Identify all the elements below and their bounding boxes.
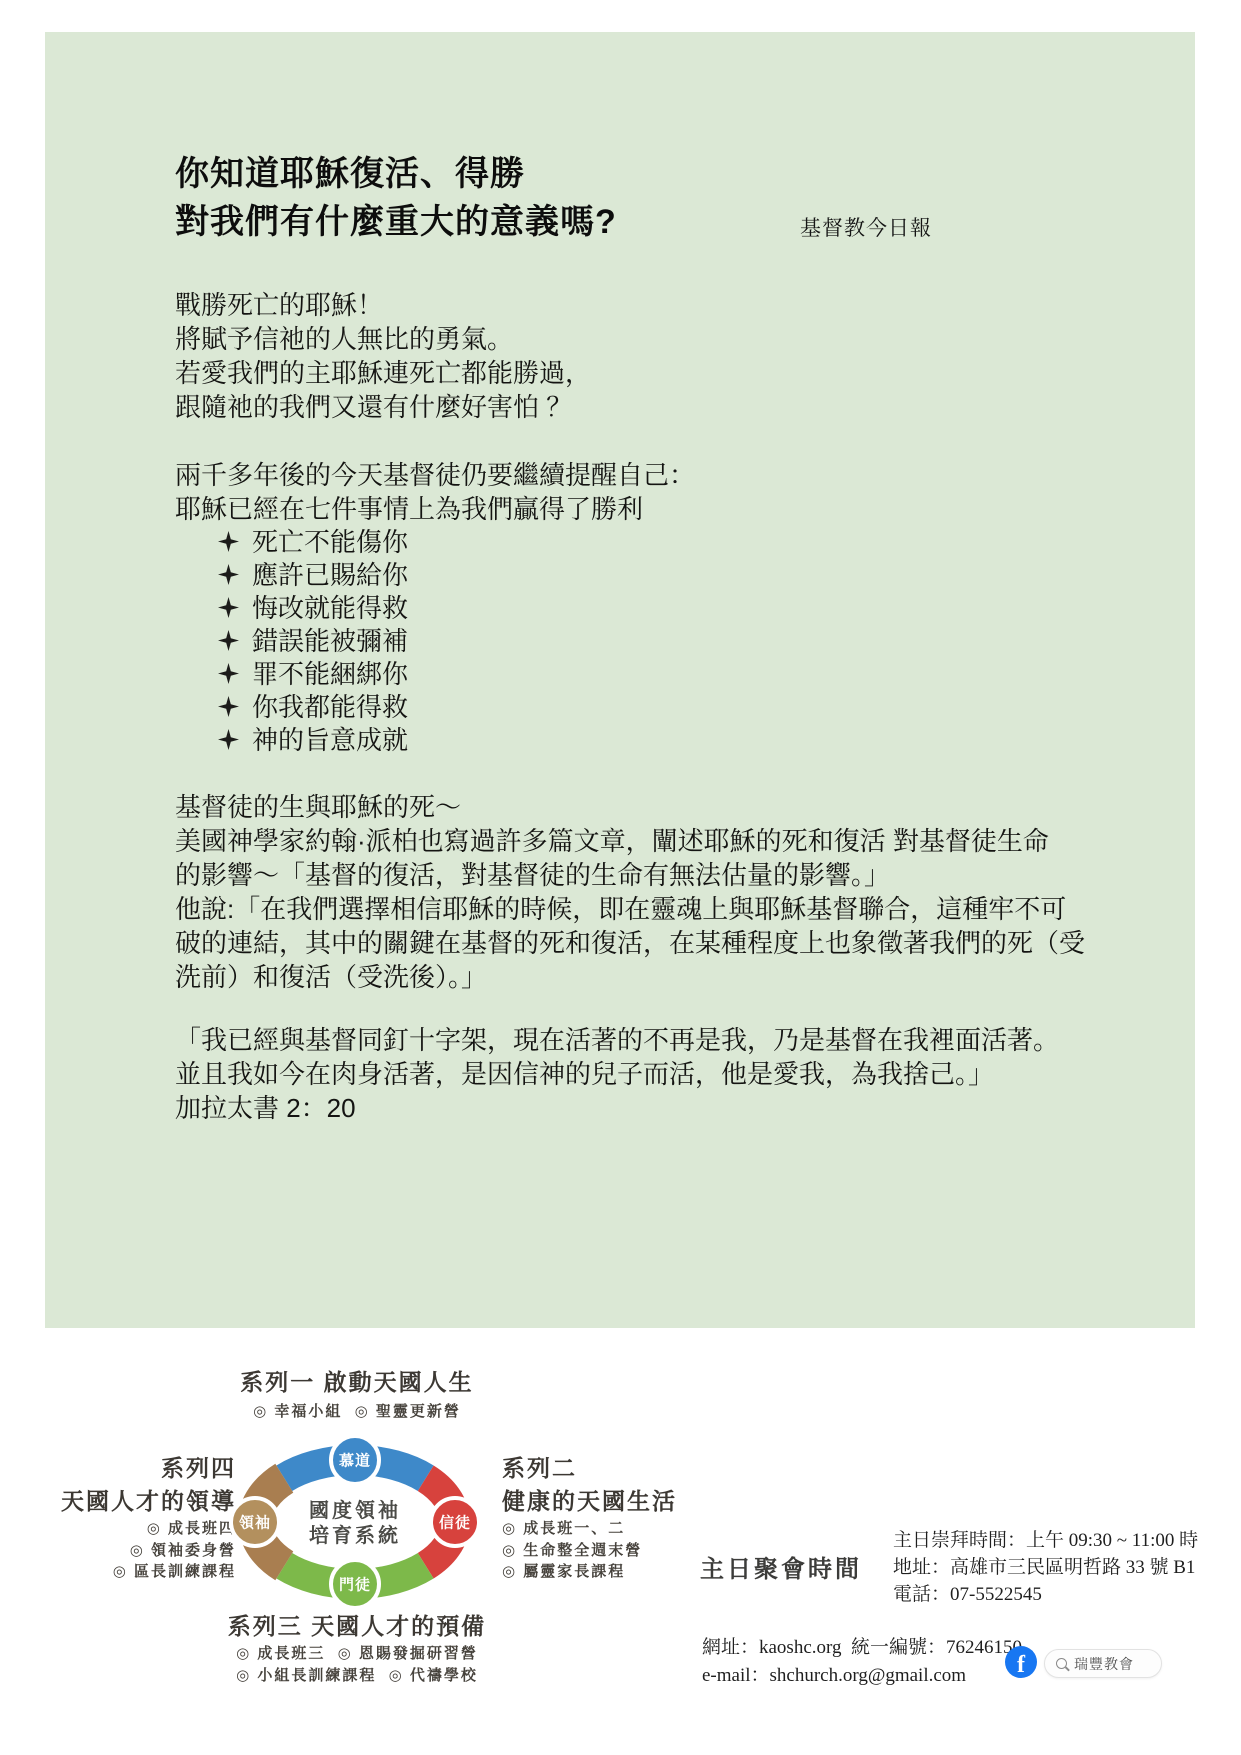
series4-block: 系列四 天國人才的領導 ◎ 成長班四 ◎ 領袖委身營 ◎ 區長訓練課程 <box>10 1452 236 1583</box>
series2-title-line1: 系列二 <box>502 1452 762 1485</box>
cycle-ring: 慕道 信徒 門徒 領袖 國度領袖 培育系統 <box>213 1437 501 1609</box>
list-item: 神的旨意成就 <box>218 724 1155 757</box>
list-item-label: 神的旨意成就 <box>252 725 408 755</box>
series4-item: ◎ 成長班四 <box>10 1518 236 1540</box>
address: 地址：高雄市三民區明哲路 33 號 B1 <box>893 1554 1198 1581</box>
star-bullet-icon <box>218 531 239 552</box>
paragraph-victory-intro: 戰勝死亡的耶穌！ 將賦予信祂的人無比的勇氣。 若愛我們的主耶穌連死亡都能勝過， … <box>175 288 1155 424</box>
diagram-center-line1: 國度領袖 <box>309 1498 401 1522</box>
node-disciple-label: 門徒 <box>339 1576 371 1594</box>
list-item-label: 罪不能綑綁你 <box>252 659 408 689</box>
node-believer-label: 信徒 <box>439 1514 471 1532</box>
node-seeker-label: 慕道 <box>339 1452 371 1470</box>
paragraph-piper-quote: 基督徒的生與耶穌的死～ 美國神學家約翰·派柏也寫過許多篇文章，闡述耶穌的死和復活… <box>175 790 1155 994</box>
star-bullet-icon <box>218 696 239 717</box>
text-line: 跟隨祂的我們又還有什麼好害怕 ？ <box>175 390 1155 424</box>
title-line-2: 對我們有什麼重大的意義嗎? <box>175 198 1155 246</box>
email-line: e-mail：shchurch.org@gmail.com <box>702 1662 1022 1690</box>
list-item: 罪不能綑綁你 <box>218 658 1155 691</box>
training-cycle-diagram: 慕道 信徒 門徒 領袖 國度領袖 培育系統 <box>213 1437 501 1609</box>
star-bullet-icon <box>218 630 239 651</box>
facebook-search-badge: 瑞豐教會 <box>1044 1649 1162 1678</box>
text-line: 將賦予信祂的人無比的勇氣。 <box>175 322 1155 356</box>
facebook-icon: f <box>1005 1646 1037 1678</box>
worship-time: 主日崇拜時間：上午 09:30 ~ 11:00 時 <box>893 1527 1198 1554</box>
facebook-page-name: 瑞豐教會 <box>1074 1654 1134 1674</box>
text-line: 的影響～「基督的復活，對基督徒的生命有無法估量的影響。」 <box>175 858 1155 892</box>
text-line: 破的連結，其中的關鍵在基督的死和復活，在某種程度上也象徵著我們的死（受 <box>175 926 1155 960</box>
text-line: 洗前）和復活（受洗後）。」 <box>175 960 1155 994</box>
series3-items-line2: ◎ 小組長訓練課程 ◎ 代禱學校 <box>157 1665 557 1687</box>
list-item: 悔改就能得救 <box>218 592 1155 625</box>
title-line-1: 你知道耶穌復活、得勝 <box>175 150 1155 198</box>
diagram-center-line2: 培育系統 <box>309 1523 401 1547</box>
search-icon <box>1056 1658 1067 1669</box>
series1-title: 系列一 啟動天國人生 <box>167 1366 547 1399</box>
article-source: 基督教今日報 <box>800 212 932 242</box>
phone: 電話：07-5522545 <box>893 1581 1198 1608</box>
victory-list: 死亡不能傷你 應許已賜給你 悔改就能得救 錯誤能被彌補 罪不能綑綁你 你我都能得… <box>175 526 1155 757</box>
series4-item: ◎ 區長訓練課程 <box>10 1561 236 1583</box>
series3-block: 系列三 天國人才的預備 ◎ 成長班三 ◎ 恩賜發掘研習營 ◎ 小組長訓練課程 ◎… <box>157 1610 557 1686</box>
list-item-label: 應許已賜給你 <box>252 560 408 590</box>
star-bullet-icon <box>218 663 239 684</box>
series4-title-line1: 系列四 <box>10 1452 236 1485</box>
text-line: 戰勝死亡的耶穌！ <box>175 288 1155 322</box>
text-line: 他說:「在我們選擇相信耶穌的時候，即在靈魂上與耶穌基督聯合，這種牢不可 <box>175 892 1155 926</box>
text-line: 並且我如今在肉身活著，是因信神的兒子而活，他是愛我，為我捨己。」 <box>175 1057 1155 1091</box>
scripture-reference: 加拉太書 2：20 <box>175 1091 1155 1125</box>
service-info-block: 主日崇拜時間：上午 09:30 ~ 11:00 時 地址：高雄市三民區明哲路 3… <box>893 1527 1198 1608</box>
list-item-label: 悔改就能得救 <box>252 593 408 623</box>
text-line: 耶穌已經在七件事情上為我們贏得了勝利 <box>175 492 1155 526</box>
star-bullet-icon <box>218 564 239 585</box>
node-leader-label: 領袖 <box>239 1514 271 1532</box>
list-item-label: 錯誤能被彌補 <box>252 626 408 656</box>
series1-items: ◎ 幸福小組 ◎ 聖靈更新營 <box>167 1401 547 1423</box>
series2-title-line2: 健康的天國生活 <box>502 1485 762 1518</box>
series4-item: ◎ 領袖委身營 <box>10 1540 236 1562</box>
series3-items-line1: ◎ 成長班三 ◎ 恩賜發掘研習營 <box>157 1643 557 1665</box>
facebook-f-glyph: f <box>1017 1649 1025 1681</box>
service-times-heading: 主日聚會時間 <box>700 1549 862 1584</box>
star-bullet-icon <box>218 597 239 618</box>
website-line: 網址：kaoshc.org 統一編號：76246150 <box>702 1634 1022 1662</box>
list-item-label: 死亡不能傷你 <box>252 527 408 557</box>
series3-title: 系列三 天國人才的預備 <box>157 1610 557 1643</box>
list-item: 你我都能得救 <box>218 691 1155 724</box>
contact-block: 網址：kaoshc.org 統一編號：76246150 e-mail：shchu… <box>702 1634 1022 1690</box>
series2-item: ◎ 成長班一、二 <box>502 1518 762 1540</box>
text-line: 若愛我們的主耶穌連死亡都能勝過， <box>175 356 1155 390</box>
text-line: 美國神學家約翰·派柏也寫過許多篇文章，闡述耶穌的死和復活 對基督徒生命 <box>175 824 1155 858</box>
article-panel: 你知道耶穌復活、得勝 對我們有什麼重大的意義嗎? 基督教今日報 戰勝死亡的耶穌！… <box>45 32 1195 1328</box>
text-line: 基督徒的生與耶穌的死～ <box>175 790 1155 824</box>
list-item: 錯誤能被彌補 <box>218 625 1155 658</box>
series4-title-line2: 天國人才的領導 <box>10 1485 236 1518</box>
star-bullet-icon <box>218 729 239 750</box>
list-item: 死亡不能傷你 <box>218 526 1155 559</box>
paragraph-galatians: 「我已經與基督同釘十字架，現在活著的不再是我，乃是基督在我裡面活著。 並且我如今… <box>175 1023 1155 1125</box>
list-item: 應許已賜給你 <box>218 559 1155 592</box>
list-item-label: 你我都能得救 <box>252 692 408 722</box>
text-line: 兩千多年後的今天基督徒仍要繼續提醒自己： <box>175 458 1155 492</box>
paragraph-reminder: 兩千多年後的今天基督徒仍要繼續提醒自己： 耶穌已經在七件事情上為我們贏得了勝利 <box>175 458 1155 526</box>
page-title: 你知道耶穌復活、得勝 對我們有什麼重大的意義嗎? <box>175 150 1155 246</box>
text-line: 「我已經與基督同釘十字架，現在活著的不再是我，乃是基督在我裡面活著。 <box>175 1023 1155 1057</box>
